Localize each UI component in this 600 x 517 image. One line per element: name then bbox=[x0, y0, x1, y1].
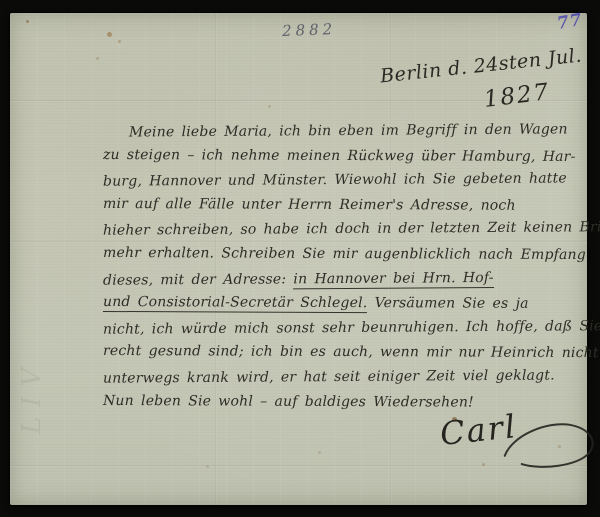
body-line-text: Versäumen Sie es ja bbox=[367, 295, 528, 312]
body-line: zu steigen – ich nehme meinen Rückweg üb… bbox=[103, 143, 581, 170]
body-line-text: mir auf alle Fälle unter Herrn Reimer's … bbox=[103, 196, 516, 214]
letter-paper: LIV 2882 77 Berlin d. 24sten Jul. 1827 M… bbox=[10, 13, 587, 505]
body-line: mir auf alle Fälle unter Herrn Reimer's … bbox=[103, 192, 581, 219]
horizontal-fold-crease bbox=[10, 465, 587, 467]
body-line: dieses, mit der Adresse: in Hannover bei… bbox=[103, 265, 581, 293]
letter-body: Meine liebe Maria, ich bin eben im Begri… bbox=[103, 119, 581, 414]
body-line-text: Meine liebe Maria, ich bin eben im Begri… bbox=[129, 121, 568, 140]
body-line: unterwegs krank wird, er hat seit einige… bbox=[103, 363, 581, 391]
body-line-text: burg, Hannover und Münster. Wiewohl ich … bbox=[103, 171, 567, 190]
body-line: Meine liebe Maria, ich bin eben im Begri… bbox=[103, 117, 581, 145]
body-line-text: zu steigen – ich nehme meinen Rückweg üb… bbox=[103, 147, 576, 165]
dateline-year: 1827 bbox=[471, 78, 563, 115]
body-line: burg, Hannover und Münster. Wiewohl ich … bbox=[103, 167, 581, 195]
folio-number: 77 bbox=[555, 10, 584, 34]
body-line: mehr erhalten. Schreiben Sie mir augenbl… bbox=[103, 241, 581, 268]
body-line-text: nicht, ich würde mich sonst sehr beunruh… bbox=[103, 318, 600, 337]
archive-number: 2882 bbox=[282, 20, 337, 40]
body-line: recht gesund sind; ich bin es auch, wenn… bbox=[103, 339, 581, 366]
foxing-spots bbox=[10, 13, 13, 16]
body-line-text: mehr erhalten. Schreiben Sie mir augenbl… bbox=[103, 245, 586, 263]
body-line-text: unterwegs krank wird, er hat seit einige… bbox=[103, 367, 555, 386]
body-line-text: hieher schreiben, so habe ich doch in de… bbox=[103, 219, 600, 239]
underlined-address-part2: und Consistorial-Secretär Schlegel. bbox=[103, 294, 368, 313]
body-line-text: Nun leben Sie wohl – auf baldiges Wieder… bbox=[103, 392, 474, 410]
signature-flourish-icon bbox=[499, 412, 600, 480]
underlined-address-part1: in Hannover bei Hrn. Hof- bbox=[293, 270, 493, 289]
scan-background: LIV 2882 77 Berlin d. 24sten Jul. 1827 M… bbox=[0, 0, 600, 517]
body-line-text: dieses, mit der Adresse: bbox=[103, 271, 293, 288]
body-line: hieher schreiben, so habe ich doch in de… bbox=[103, 216, 581, 244]
body-line: nicht, ich würde mich sonst sehr beunruh… bbox=[103, 314, 581, 342]
body-line: und Consistorial-Secretär Schlegel. Vers… bbox=[103, 290, 581, 317]
body-line-text: recht gesund sind; ich bin es auch, wenn… bbox=[103, 343, 599, 361]
faint-vertical-marking: LIV bbox=[17, 336, 47, 456]
